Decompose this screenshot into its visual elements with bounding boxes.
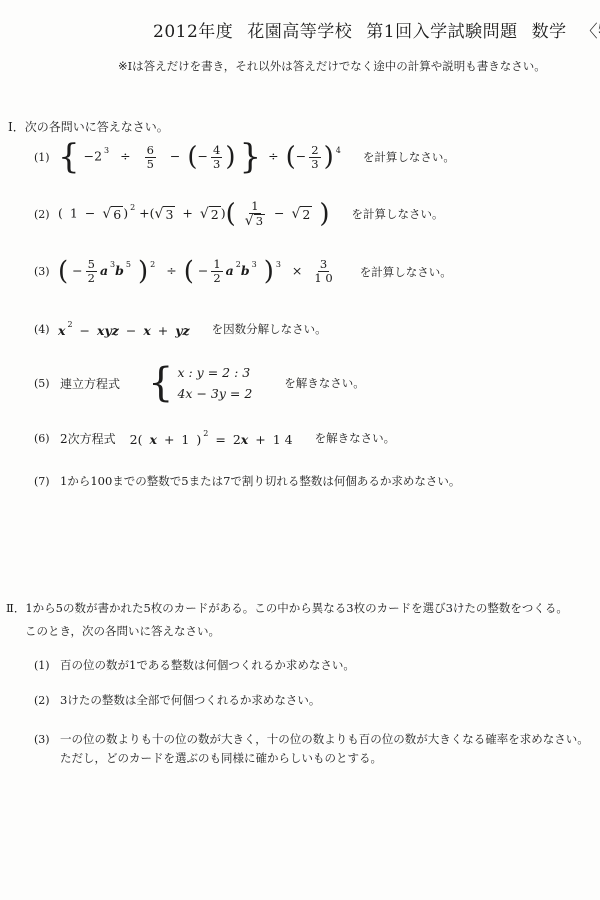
s1-question-7: (7) 1から100までの整数で5または7で割り切れる整数は何個あるか求めなさい… — [34, 473, 460, 489]
s2-question-3: (3) 一の位の数よりも十の位の数が大きく，十の位の数よりも百の位の数が大きくな… — [34, 731, 589, 747]
s1-question-4: (4) x2−xyz−x+yz を因数分解しなさい。 — [34, 320, 327, 338]
instruction: を計算しなさい。 — [360, 264, 452, 280]
s2-question-3-line2: ただし，どのカードを選ぶのも同様に確からしいものとする。 — [60, 750, 382, 766]
s1-question-1: (1) { −23 ÷ 65 −(−43) }÷(−23)4 を計算しなさい。 — [34, 140, 455, 174]
equation-2: 4x − 3y = 2 — [177, 386, 252, 401]
question-text: 1から100までの整数で5または7で割り切れる整数は何個あるか求めなさい。 — [60, 473, 460, 489]
s1-question-3: (3) ( −52a3b5)2 ÷( −12a2b3)3 ×31 0 を計算しな… — [34, 258, 452, 285]
instruction: を解きなさい。 — [315, 430, 396, 446]
question-number: (6) — [34, 432, 58, 445]
question-text: 一の位の数よりも十の位の数が大きく，十の位の数よりも百の位の数が大きくなる確率を… — [60, 731, 589, 747]
section2-heading-line2: このとき，次の各問いに答えなさい。 — [25, 623, 220, 639]
math-expression: (1−√6)2 +(√3+√2)( 1√3 −√2) — [58, 200, 330, 228]
title-course: 〈特進〉 — [581, 22, 600, 42]
section1-heading: Ⅰ．次の各問いに答えなさい。 — [8, 118, 169, 135]
math-expression: 2(x+1)2=2x+1 4 — [130, 429, 293, 447]
section2-heading: Ⅱ．1から5の数が書かれた5枚のカードがある。この中から異なる3枚のカードを選び… — [6, 600, 568, 616]
exam-title: 2012年度花園高等学校第1回入学試験問題数学〈特進〉 — [153, 17, 600, 42]
title-school: 花園高等学校 — [247, 22, 352, 42]
question-number: (5) — [34, 377, 58, 390]
equation-1: x : y = 2 : 3 — [177, 365, 252, 380]
s1-question-6: (6) 2次方程式 2(x+1)2=2x+1 4 を解きなさい。 — [34, 429, 395, 447]
math-expression: { −23 ÷ 65 −(−43) }÷(−23)4 — [58, 140, 341, 174]
question-number: (3) — [34, 265, 58, 278]
s2-question-1: (1) 百の位の数が1である整数は何個つくれるか求めなさい。 — [34, 657, 355, 673]
math-expression: ( −52a3b5)2 ÷( −12a2b3)3 ×31 0 — [58, 258, 338, 285]
s1-question-5: (5) 連立方程式 { x : y = 2 : 3 4x − 3y = 2 を解… — [34, 360, 365, 406]
question-label: 2次方程式 — [60, 430, 116, 447]
title-exam: 第1回入学試験問題 — [366, 22, 517, 42]
question-number: (7) — [34, 475, 58, 488]
question-number: (4) — [34, 323, 58, 336]
question-text: 3けたの整数は全部で何個つくれるか求めなさい。 — [60, 692, 320, 708]
s1-question-2: (2) (1−√6)2 +(√3+√2)( 1√3 −√2) を計算しなさい。 — [34, 200, 444, 228]
question-text: 百の位の数が1である整数は何個つくれるか求めなさい。 — [60, 657, 355, 673]
title-subject: 数学 — [532, 22, 567, 42]
question-number: (1) — [34, 151, 58, 164]
instruction: を計算しなさい。 — [363, 149, 455, 165]
math-expression: x2−xyz−x+yz — [58, 320, 190, 338]
exam-note: ※Ⅰは答えだけを書き，それ以外は答えだけでなく途中の計算や説明も書きなさい。 — [118, 58, 546, 74]
question-number: (1) — [34, 659, 58, 672]
equation-system: { x : y = 2 : 3 4x − 3y = 2 — [148, 360, 252, 406]
question-number: (2) — [34, 208, 58, 221]
title-year: 2012年度 — [153, 22, 233, 42]
s2-question-2: (2) 3けたの整数は全部で何個つくれるか求めなさい。 — [34, 692, 320, 708]
question-number: (3) — [34, 733, 58, 746]
instruction: を因数分解しなさい。 — [212, 321, 327, 337]
question-number: (2) — [34, 694, 58, 707]
instruction: を解きなさい。 — [284, 375, 365, 391]
instruction: を計算しなさい。 — [352, 206, 444, 222]
question-label: 連立方程式 — [60, 375, 120, 392]
